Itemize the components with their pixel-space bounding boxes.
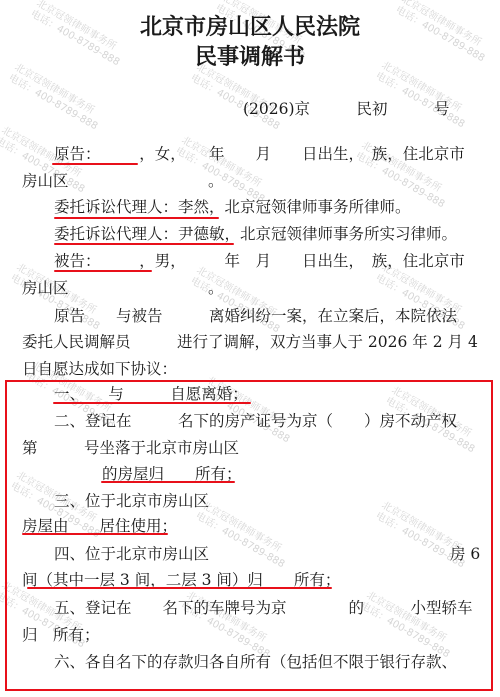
- agreement-highlight-box: [5, 380, 493, 691]
- defendant-line: 被告： ，男， 年 月 日出生， 族，住北京市: [54, 252, 465, 270]
- underline-clause-3: [22, 533, 168, 535]
- document-type-title: 民事调解书: [0, 40, 500, 71]
- plaintiff-line: 原告： ，女， 年 月 日出生， 族，住北京市: [54, 145, 465, 163]
- underline-agent-2: [54, 243, 234, 245]
- underline-defendant: [54, 270, 152, 272]
- defendant-address: 房山区 。: [22, 279, 224, 297]
- watermark: 北京冠领律师事务所电话：400-8789-888: [6, 62, 105, 133]
- case-number: (2026)京 民初 号: [243, 100, 450, 118]
- underline-agent-1: [54, 217, 219, 219]
- watermark: 北京冠领律师事务所电话：400-8789-888: [188, 265, 287, 336]
- agent-1-line: 委托诉讼代理人：李然，北京冠领律师事务所律师。: [54, 198, 411, 216]
- watermark: 北京冠领律师事务所电话：400-8789-888: [188, 62, 287, 133]
- underline-clause-2: [101, 481, 235, 483]
- agent-2-line: 委托诉讼代理人：尹德敏，北京冠领律师事务所实习律师。: [54, 225, 457, 243]
- underline-clause-4: [27, 587, 332, 589]
- court-name-title: 北京市房山区人民法院: [0, 10, 500, 41]
- case-intro-line-3: 日自愿达成如下协议：: [22, 360, 177, 378]
- case-intro-line-2: 委托人民调解员 进行了调解，双方当事人于 2026 年 2 月 4: [22, 333, 478, 351]
- case-intro-line-1: 原告 与被告 离婚纠纷一案，在立案后，本院依法: [54, 307, 457, 325]
- underline-plaintiff: [52, 163, 138, 165]
- plaintiff-address: 房山区 。: [22, 172, 224, 190]
- underline-clause-1: [53, 402, 251, 404]
